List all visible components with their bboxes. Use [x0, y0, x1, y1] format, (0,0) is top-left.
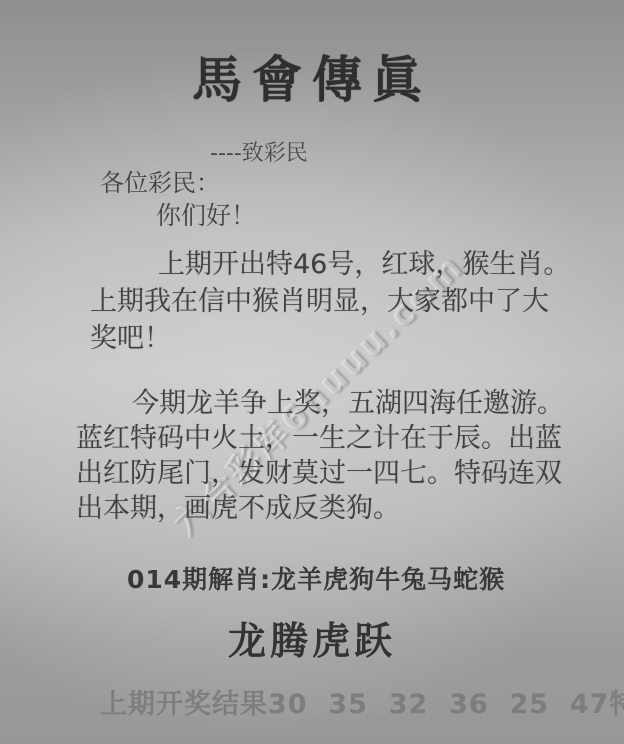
dedication-line: ----致彩民	[210, 136, 308, 167]
zodiac-hint-line: 014期解肖:龙羊虎狗牛兔马蛇猴	[127, 560, 505, 596]
paragraph-line: 出本期，画虎不成反类狗。	[76, 491, 564, 526]
paragraph-line: 上期开出特46号，红球，猴生肖。	[90, 246, 570, 283]
paragraph-current-tip: 今期龙羊争上奖，五湖四海任邀游。 蓝红特码中火土，一生之计在于辰。出蓝 出红防尾…	[76, 386, 564, 526]
paragraph-line: 今期龙羊争上奖，五湖四海任邀游。	[76, 386, 564, 421]
fax-letter-page: 六合彩库6huuu.com 馬會傳眞 ----致彩民 各位彩民： 你们好！ 上期…	[0, 0, 624, 744]
paragraph-line: 出红防尾门，发财莫过一四七。特码连双	[76, 456, 564, 491]
page-title: 馬會傳眞	[0, 40, 624, 112]
salutation-line: 各位彩民：	[100, 163, 220, 198]
paragraph-line: 蓝红特码中火土，一生之计在于辰。出蓝	[76, 421, 564, 456]
signature-idiom: 龙腾虎跃	[0, 610, 624, 665]
last-draw-result-line: 上期开奖结果30 35 32 36 25 47特猴46	[100, 682, 624, 721]
paragraph-line: 奖吧！	[90, 320, 570, 357]
greeting-line: 你们好！	[156, 196, 256, 232]
paragraph-line: 上期我在信中猴肖明显，大家都中了大	[90, 283, 570, 320]
paragraph-last-draw-review: 上期开出特46号，红球，猴生肖。 上期我在信中猴肖明显，大家都中了大 奖吧！	[90, 246, 570, 357]
